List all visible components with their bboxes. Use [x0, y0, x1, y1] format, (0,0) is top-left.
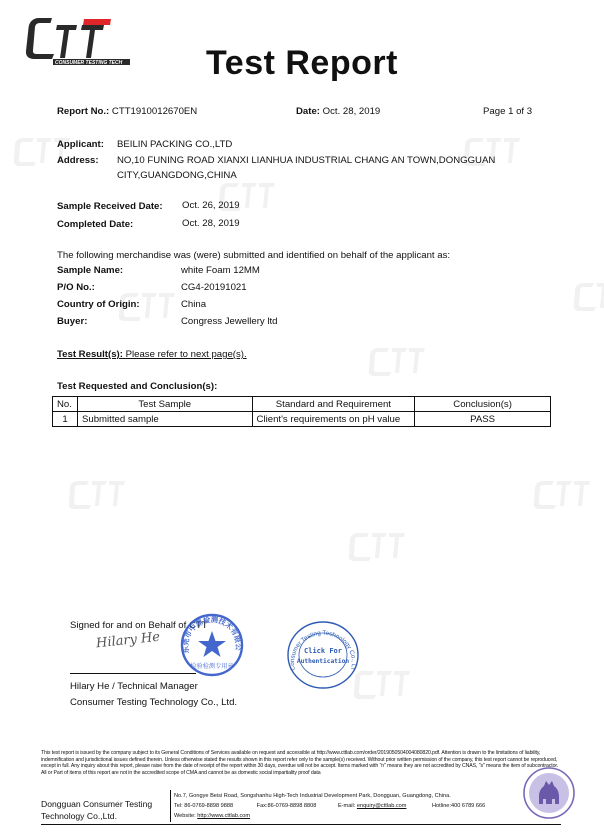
- watermark-logo: [65, 478, 127, 514]
- cell-standard: Client's requirements on pH value: [252, 412, 415, 427]
- report-number: Report No.: CTT1910012670EN: [57, 106, 197, 117]
- legal-notice: This test report is issued by the compan…: [41, 750, 561, 776]
- column-header: Conclusion(s): [415, 397, 551, 412]
- footer-website-link[interactable]: http://www.cttlab.com: [197, 813, 250, 819]
- svg-text:Click For: Click For: [304, 647, 342, 655]
- merchandise-intro: The following merchandise was (were) sub…: [57, 250, 450, 261]
- cell-no: 1: [53, 412, 78, 427]
- official-seal: 东莞市中鼎检测技术有限公司 检验检测专用章: [180, 613, 244, 677]
- po-label: P/O No.:: [57, 282, 95, 293]
- conclusions-heading: Test Requested and Conclusion(s):: [57, 381, 217, 392]
- page-title: Test Report: [0, 44, 604, 83]
- applicant-value: BEILIN PACKING CO.,LTD: [117, 139, 232, 150]
- watermark-logo: [345, 530, 407, 566]
- footer-tel: Tel: 86-0769-8898 9888: [174, 803, 233, 809]
- signer-company: Consumer Testing Technology Co., Ltd.: [70, 697, 237, 708]
- table-header-row: No. Test Sample Standard and Requirement…: [53, 397, 551, 412]
- buyer-label: Buyer:: [57, 316, 87, 327]
- watermark-logo: [365, 345, 427, 381]
- footer-company: Dongguan Consumer Testing Technology Co.…: [41, 798, 152, 822]
- footer-website-row: Website: http://www.cttlab.com: [174, 811, 485, 821]
- watermark-logo: [570, 280, 604, 316]
- signer-name: Hilary He / Technical Manager: [70, 681, 198, 692]
- address-label: Address:: [57, 155, 99, 166]
- completed-date-value: Oct. 28, 2019: [182, 218, 240, 229]
- watermark-logo: [530, 478, 592, 514]
- handwritten-signature: Hilary He: [95, 630, 160, 652]
- sample-name-label: Sample Name:: [57, 265, 123, 276]
- address-line2: CITY,GUANGDONG,CHINA: [117, 170, 237, 181]
- cell-conclusion: PASS: [415, 412, 551, 427]
- page-indicator: Page 1 of 3: [483, 106, 532, 117]
- table-row: 1 Submitted sample Client's requirements…: [53, 412, 551, 427]
- report-date: Date: Oct. 28, 2019: [296, 106, 380, 117]
- footer-address: No.7, Gongye Beisi Road, Songshanhu High…: [174, 791, 485, 801]
- footer-rule: [41, 824, 561, 825]
- received-date-label: Sample Received Date:: [57, 201, 163, 212]
- conclusions-table: No. Test Sample Standard and Requirement…: [52, 396, 551, 427]
- po-value: CG4-20191021: [181, 282, 247, 293]
- received-date-value: Oct. 26, 2019: [182, 200, 240, 211]
- origin-value: China: [181, 299, 206, 310]
- accreditation-badge: [522, 766, 576, 820]
- column-header: Test Sample: [77, 397, 252, 412]
- authentication-stamp-button[interactable]: Consumer Testing Technology Co., Ltd. Cl…: [286, 620, 360, 690]
- sample-name-value: white Foam 12MM: [181, 265, 260, 276]
- completed-date-label: Completed Date:: [57, 219, 133, 230]
- footer-website-label: Website:: [174, 813, 196, 819]
- footer-fax: Fax:86-0769-8898 8808: [257, 803, 317, 809]
- signature-line: [70, 673, 196, 674]
- address-line1: NO,10 FUNING ROAD XIANXI LIANHUA INDUSTR…: [117, 155, 495, 166]
- footer-phone-row: Tel: 86-0769-8898 9888 Fax:86-0769-8898 …: [174, 801, 485, 811]
- svg-text:Authentication: Authentication: [297, 657, 349, 665]
- svg-text:检验检测专用章: 检验检测专用章: [190, 662, 233, 670]
- footer-hotline: Hotline:400 6789 666: [432, 803, 485, 809]
- column-header: Standard and Requirement: [252, 397, 415, 412]
- footer-divider: [170, 790, 171, 822]
- buyer-value: Congress Jewellery ltd: [181, 316, 278, 327]
- footer-email-label: E-mail:: [338, 803, 355, 809]
- footer-contact: No.7, Gongye Beisi Road, Songshanhu High…: [174, 791, 485, 821]
- footer-email-link[interactable]: enquiry@cttlab.com: [357, 803, 407, 809]
- test-result: Test Result(s): Please refer to next pag…: [57, 349, 247, 360]
- cell-test-sample: Submitted sample: [77, 412, 252, 427]
- column-header: No.: [53, 397, 78, 412]
- origin-label: Country of Origin:: [57, 299, 140, 310]
- applicant-label: Applicant:: [57, 139, 104, 150]
